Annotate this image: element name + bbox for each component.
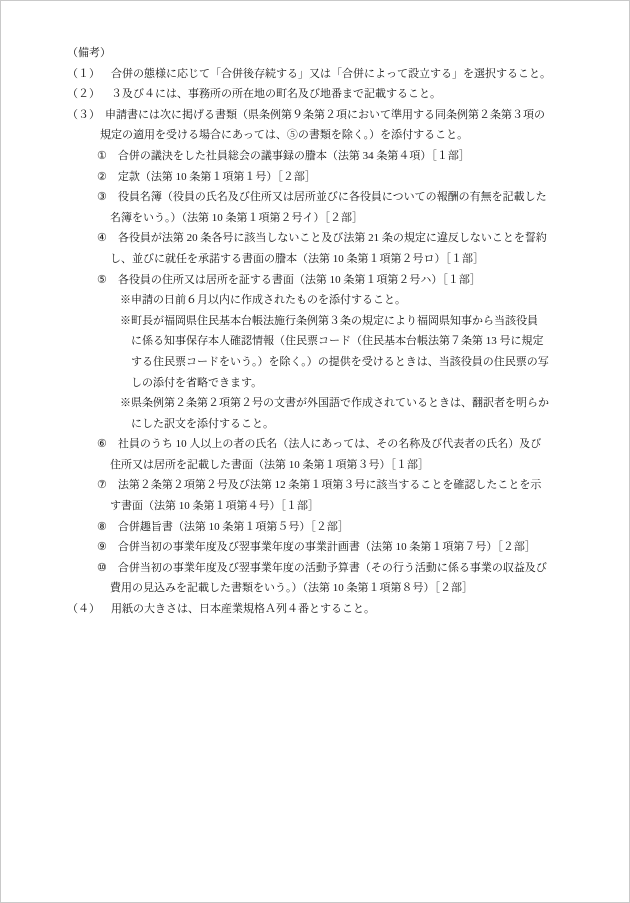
item-10-text-1: 合併当初の事業年度及び翌事業年度の活動予算書（その行う活動に係る事業の収益及び (118, 562, 547, 574)
note-3-line-2: 規定の適用を受ける場合にあっては、⑤の書類を除く。）を添付すること。 (67, 125, 601, 146)
attachment-item-6-line-1: ⑥社員のうち 10 人以上の者の氏名（法人にあっては、その名称及び代表者の氏名）… (67, 434, 601, 455)
note-1-text: 合併の態様に応じて「合併後存続する」又は「合併によって設立する」を選択すること。 (111, 68, 551, 80)
item-4-text-2: し、並びに就任を承諾する書面の謄本（法第 10 条第１項第２号ロ）［１部］ (110, 253, 484, 265)
note-2-label: （２） (67, 88, 100, 100)
attachment-item-5-line-1: ⑤各役員の住所又は居所を証する書面（法第 10 条第１項第２号ハ）［１部］ (67, 270, 601, 291)
item-6-text-1: 社員のうち 10 人以上の者の氏名（法人にあっては、その名称及び代表者の氏名）及… (118, 438, 541, 450)
item-10-marker: ⑩ (97, 562, 107, 574)
item-2-marker: ② (97, 171, 107, 183)
attachment-item-2-line-1: ②定款（法第 10 条第１項第１号）［２部］ (67, 167, 601, 188)
note-3-text-1: 申請書には次に掲げる書類（県条例第９条第２項において準用する同条例第２条第３項の (105, 109, 545, 121)
note-1-line: （１）合併の態様に応じて「合併後存続する」又は「合併によって設立する」を選択する… (67, 64, 601, 85)
note-3-label: （３） (67, 109, 100, 121)
item-3-text-1: 役員名簿（役員の氏名及び住所又は居所並びに各役員についての報酬の有無を記載した (118, 191, 547, 203)
item-7-text-2: す書面（法第 10 条第１項第４号）［１部］ (110, 500, 319, 512)
item-5-text-1: 各役員の住所又は居所を証する書面（法第 10 条第１項第２号ハ）［１部］ (118, 274, 481, 286)
item-4-text-1: 各役員が法第 20 条各号に該当しないこと及び法第 21 条の規定に違反しないこ… (118, 232, 547, 244)
item-1-text-1: 合併の議決をした社員総会の議事録の謄本（法第 34 条第４項）［１部］ (118, 150, 470, 162)
document-page: （備考） （１）合併の態様に応じて「合併後存続する」又は「合併によって設立する」… (0, 0, 630, 903)
item-5-note-2-text-3: する住民票コードをいう。）を除く。）の提供を受けるときは、当該役員の住民票の写 (131, 356, 549, 368)
attachment-item-10-line-1: ⑩合併当初の事業年度及び翌事業年度の活動予算書（その行う活動に係る事業の収益及び (67, 558, 601, 579)
item-5-note-2-line-2: に係る知事保存本人確認情報（住民票コード（住民基本台帳法第７条第 13 号に規定 (67, 331, 601, 352)
item-5-note-2-text-2: に係る知事保存本人確認情報（住民票コード（住民基本台帳法第７条第 13 号に規定 (131, 335, 544, 347)
item-5-note-3-line-2: にした訳文を添付すること。 (67, 414, 601, 435)
item-5-note-3-line-1: ※県条例第２条第２項第２号の文書が外国語で作成されているときは、翻訳者を明らか (67, 393, 601, 414)
item-5-note-2-line-3: する住民票コードをいう。）を除く。）の提供を受けるときは、当該役員の住民票の写 (67, 352, 601, 373)
item-4-marker: ④ (97, 232, 107, 244)
attachment-item-3-line-1: ③役員名簿（役員の氏名及び住所又は居所並びに各役員についての報酬の有無を記載した (67, 187, 601, 208)
item-5-note-3-text-2: にした訳文を添付すること。 (131, 418, 274, 430)
attachment-item-7-line-2: す書面（法第 10 条第１項第４号）［１部］ (67, 496, 601, 517)
note-3-text-2: 規定の適用を受ける場合にあっては、⑤の書類を除く。）を添付すること。 (100, 129, 468, 141)
item-5-note-2-line-4: しの添付を省略できます。 (67, 373, 601, 394)
attachment-item-8-line-1: ⑧合併趣旨書（法第 10 条第１項第５号）［２部］ (67, 517, 601, 538)
item-3-text-2: 名簿をいう。）（法第 10 条第１項第２号イ）［２部］ (110, 212, 363, 224)
note-4-line: （４）用紙の大きさは、日本産業規格Ａ列４番とすること。 (67, 599, 601, 620)
item-5-note-1-text-1: ※申請の日前６月以内に作成されたものを添付すること。 (120, 294, 406, 306)
remarks-heading-text: （備考） (67, 47, 111, 59)
item-5-note-2-text-4: しの添付を省略できます。 (131, 377, 262, 389)
item-3-marker: ③ (97, 191, 107, 203)
item-8-marker: ⑧ (97, 521, 107, 533)
attachment-item-4-line-2: し、並びに就任を承諾する書面の謄本（法第 10 条第１項第２号ロ）［１部］ (67, 249, 601, 270)
item-10-text-2: 費用の見込みを記載した書類をいう。）（法第 10 条第１項第８号）［２部］ (110, 582, 473, 594)
item-5-note-2-line-1: ※町長が福岡県住民基本台帳法施行条例第３条の規定により福岡県知事から当該役員 (67, 311, 601, 332)
item-5-note-3-text-1: ※県条例第２条第２項第２号の文書が外国語で作成されているときは、翻訳者を明らか (120, 397, 549, 409)
remarks-heading: （備考） (67, 43, 601, 64)
note-2-text: ３及び４には、事務所の所在地の町名及び地番まで記載すること。 (111, 88, 441, 100)
item-6-text-2: 住所又は居所を記載した書面（法第 10 条第１項第３号）［１部］ (110, 459, 429, 471)
item-9-marker: ⑨ (97, 541, 107, 553)
item-8-text-1: 合併趣旨書（法第 10 条第１項第５号）［２部］ (118, 521, 349, 533)
attachment-item-1-line-1: ①合併の議決をした社員総会の議事録の謄本（法第 34 条第４項）［１部］ (67, 146, 601, 167)
note-1-label: （１） (67, 68, 100, 80)
item-5-note-1-line-1: ※申請の日前６月以内に作成されたものを添付すること。 (67, 290, 601, 311)
item-7-marker: ⑦ (97, 479, 107, 491)
item-9-text-1: 合併当初の事業年度及び翌事業年度の事業計画書（法第 10 条第１項第７号）［２部… (118, 541, 536, 553)
item-1-marker: ① (97, 150, 107, 162)
remarks-section: （備考） （１）合併の態様に応じて「合併後存続する」又は「合併によって設立する」… (1, 1, 629, 620)
attachment-item-3-line-2: 名簿をいう。）（法第 10 条第１項第２号イ）［２部］ (67, 208, 601, 229)
attachment-item-4-line-1: ④各役員が法第 20 条各号に該当しないこと及び法第 21 条の規定に違反しない… (67, 228, 601, 249)
attachment-item-9-line-1: ⑨合併当初の事業年度及び翌事業年度の事業計画書（法第 10 条第１項第７号）［２… (67, 537, 601, 558)
attachment-item-7-line-1: ⑦法第２条第２項第２号及び法第 12 条第１項第３号に該当することを確認したこと… (67, 475, 601, 496)
item-2-text-1: 定款（法第 10 条第１項第１号）［２部］ (118, 171, 316, 183)
item-6-marker: ⑥ (97, 438, 107, 450)
attachment-item-6-line-2: 住所又は居所を記載した書面（法第 10 条第１項第３号）［１部］ (67, 455, 601, 476)
attachment-item-10-line-2: 費用の見込みを記載した書類をいう。）（法第 10 条第１項第８号）［２部］ (67, 578, 601, 599)
note-4-text: 用紙の大きさは、日本産業規格Ａ列４番とすること。 (111, 603, 375, 615)
item-5-note-2-text-1: ※町長が福岡県住民基本台帳法施行条例第３条の規定により福岡県知事から当該役員 (120, 315, 538, 327)
note-2-line: （２）３及び４には、事務所の所在地の町名及び地番まで記載すること。 (67, 84, 601, 105)
note-4-label: （４） (67, 603, 100, 615)
item-7-text-1: 法第２条第２項第２号及び法第 12 条第１項第３号に該当することを確認したことを… (118, 479, 542, 491)
note-3-line-1: （３）申請書には次に掲げる書類（県条例第９条第２項において準用する同条例第２条第… (67, 105, 601, 126)
item-5-marker: ⑤ (97, 274, 107, 286)
